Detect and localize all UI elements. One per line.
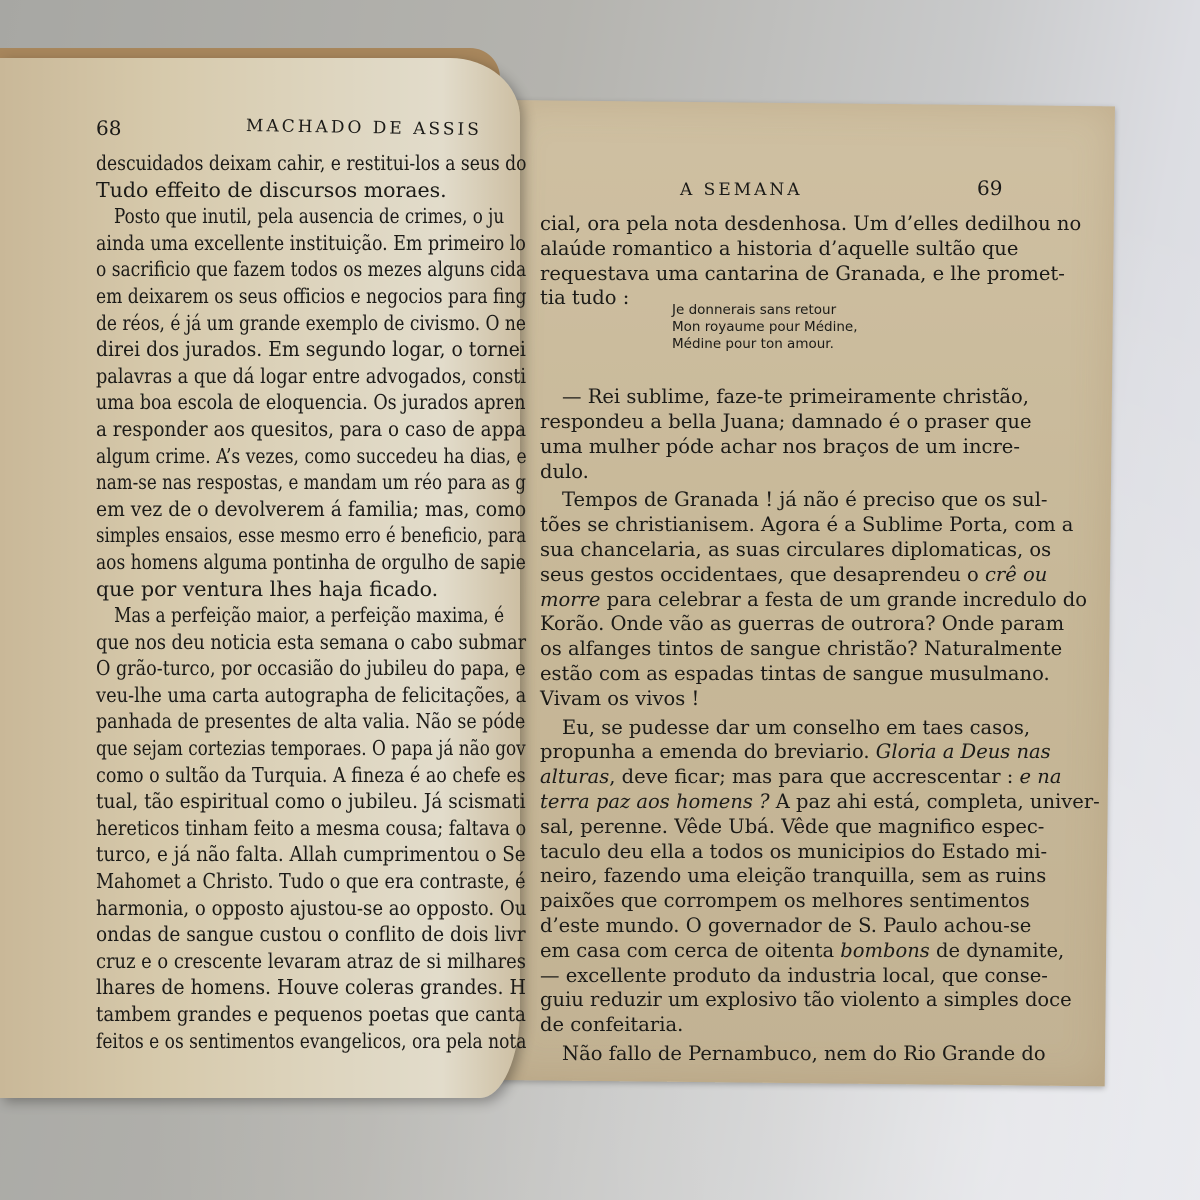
left-page-body: descuidados deixam cahir, e restitui-los… [96,150,526,1054]
text-line: requestava uma cantarina de Granada, e l… [540,262,1012,287]
text-line: ainda uma excellente instituição. Em pri… [96,230,462,257]
text-line: de confeitaria. [540,1013,1012,1038]
text-line: terra paz aos homens ? A paz ahi está, c… [540,790,1012,815]
text-line: feitos e os sentimentos evangelicos, ora… [96,1028,454,1055]
text-line: direi dos jurados. Em segundo logar, o t… [96,336,490,363]
text-line: aos homens alguma pontinha de orgulho de… [96,549,454,576]
text-line: turco, e já não falta. Allah cumprimento… [96,841,481,868]
italic-phrase: terra paz aos homens ? [540,790,770,813]
text-line: descuidados deixam cahir, e restitui-los… [96,150,456,177]
text-line: que por ventura lhes haja ficado. [96,576,526,603]
text-line: uma mulher póde achar nos braços de um i… [540,435,1012,460]
text-line: — excellente produto da industria local,… [540,964,1012,989]
text-line: tambem grandes e pequenos poetas que can… [96,1001,478,1028]
text-line: como o sultão da Turquia. A fineza é ao … [96,762,464,789]
verse-line: Je donnerais sans retour [672,302,858,319]
text-line: panhada de presentes de alta valia. Não … [96,708,462,735]
text-line: a responder aos quesitos, para o caso de… [96,416,480,443]
text-line: hereticos tinham feito a mesma cousa; fa… [96,815,468,842]
text-line: os alfanges tintos de sangue christão? N… [540,637,1012,662]
text-line: sal, perenne. Vêde Ubá. Vêde que magnifi… [540,815,1012,840]
text-line: propunha a emenda do breviario. Gloria a… [540,740,1012,765]
text-line: Vivam os vivos ! [540,687,1012,712]
text-line: Korão. Onde vão as guerras de outrora? O… [540,612,1012,637]
text-line: tões se christianisem. Agora é a Sublime… [540,513,1012,538]
text-line: em deixarem os seus officios e negocios … [96,283,455,310]
text-line: lhares de homens. Houve coleras grandes.… [96,974,492,1001]
text-line: d’este mundo. O governador de S. Paulo a… [540,914,1012,939]
text-line: tual, tão espiritual como o jubileu. Já … [96,788,484,815]
text-line: taculo deu ella a todos os municipios do… [540,840,1012,865]
text-line: ondas de sangue custou o conflito de doi… [96,921,485,948]
text-line: cial, ora pela nota desdenhosa. Um d’ell… [540,212,1012,237]
text-line: Eu, se pudesse dar um conselho em taes c… [540,716,1012,741]
text-line: morre para celebrar a festa de um grande… [540,588,1012,613]
right-running-header: A SEMANA [680,180,803,200]
italic-phrase: e na [1020,765,1062,788]
text-line: que sejam cortezias temporaes. O papa já… [96,735,449,762]
italic-phrase: alturas [540,765,609,788]
text-line: dulo. [540,460,1012,485]
text-line: nam-se nas respostas, e mandam um réo pa… [96,469,447,496]
text-line: em casa com cerca de oitenta bombons de … [540,939,1012,964]
italic-phrase: morre [540,588,600,611]
text-line: palavras a que dá logar entre advogados,… [96,363,467,390]
text-line: Tempos de Granada ! já não é preciso que… [540,488,1012,513]
text-line: algum crime. A’s vezes, como succedeu ha… [96,443,456,470]
text-line: alturas, deve ficar; mas para que accres… [540,765,1012,790]
verse-quote: Je donnerais sans retour Mon royaume pou… [672,302,858,353]
text-line: Não fallo de Pernambuco, nem do Rio Gran… [540,1042,1012,1067]
right-page-number: 69 [977,176,1002,200]
italic-phrase: crê ou [985,563,1047,586]
text-line: neiro, fazendo uma eleição tranquilla, s… [540,864,1012,889]
text-line: Mahomet a Christo. Tudo o que era contra… [96,868,466,895]
text-line: harmonia, o opposto ajustou-se ao oppost… [96,895,476,922]
text-line: Mas a perfeição maior, a perfeição maxim… [96,602,450,629]
italic-phrase: bombons [840,939,930,962]
text-line: veu-lhe uma carta autographa de felicita… [96,682,470,709]
left-page-number: 68 [96,116,121,140]
italic-phrase: Gloria a Deus nas [876,740,1051,763]
text-line: o sacrificio que fazem todos os mezes al… [96,256,454,283]
text-line: estão com as espadas tintas de sangue mu… [540,662,1012,687]
text-line: uma boa escola de eloquencia. Os jurados… [96,389,463,416]
text-line: seus gestos occidentaes, que desaprendeu… [540,563,1012,588]
text-line: — Rei sublime, faze-te primeiramente chr… [540,385,1012,410]
text-line: paixões que corrompem os melhores sentim… [540,889,1012,914]
text-line: Posto que inutil, pela ausencia de crime… [96,203,448,230]
text-line: em vez de o devolverem á familia; mas, c… [96,496,489,523]
text-line: alaúde romantico a historia d’aquelle su… [540,237,1012,262]
text-line: simples ensaios, esse mesmo erro é benef… [96,522,443,549]
left-running-header: MACHADO DE ASSIS [246,116,482,140]
text-line: sua chancelaria, as suas circulares dipl… [540,538,1012,563]
text-line: cruz e o crescente levaram atraz de si m… [96,948,471,975]
text-line: O grão-turco, por occasião do jubileu do… [96,655,465,682]
text-line: respondeu a bella Juana; damnado é o pra… [540,410,1012,435]
verse-line: Mon royaume pour Médine, [672,319,858,336]
text-line: guiu reduzir um explosivo tão violento a… [540,988,1012,1013]
text-line: Tudo effeito de discursos moraes. [96,177,526,204]
verse-line: Médine pour ton amour. [672,336,858,353]
text-line: de réos, é já um grande exemplo de civis… [96,310,453,337]
text-line: que nos deu noticia esta semana o cabo s… [96,629,467,656]
